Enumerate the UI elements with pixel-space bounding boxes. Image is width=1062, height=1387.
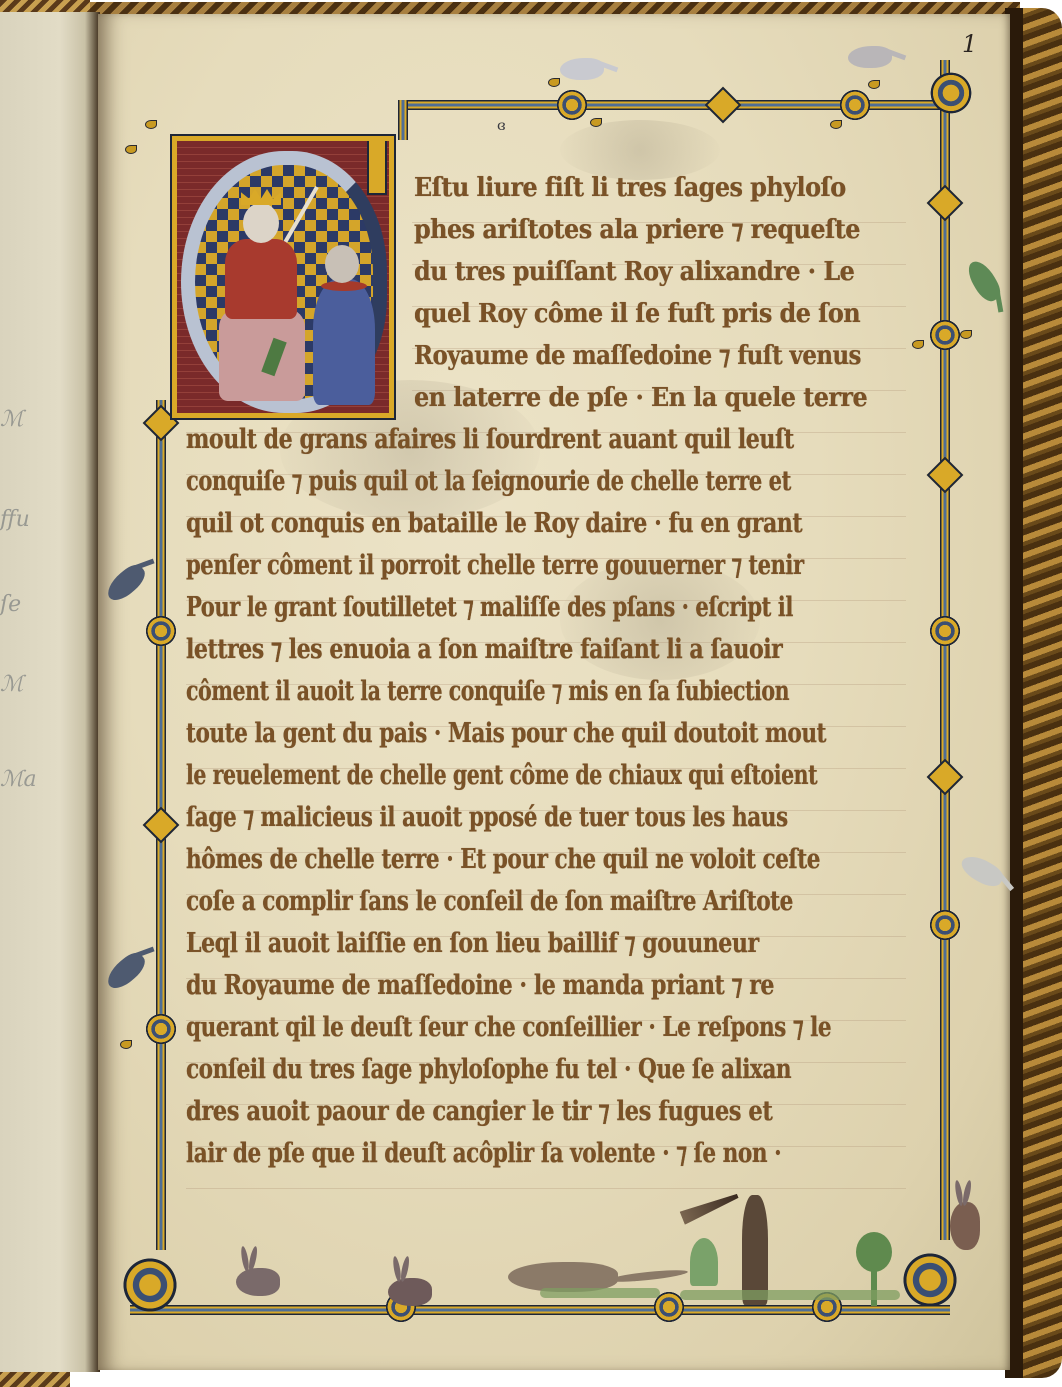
knotwork-ornament	[555, 88, 589, 122]
horn-blower-drollery	[742, 1195, 768, 1305]
text-line: conquiſe ⁊ puis quil ot la ſeignourie de…	[186, 460, 791, 504]
grass-strip	[540, 1288, 660, 1298]
enthroned-king-figure	[219, 189, 301, 399]
show-through-text: ﬀu	[0, 507, 60, 532]
verso-page: ℳ ﬀu ſe ℳ ℳa	[0, 12, 100, 1372]
text-line: Leql il auoit laiſſie en ſon lieu bailli…	[186, 922, 759, 966]
historiated-initial	[172, 136, 394, 418]
text-line: dres auoit paour de cangier le tir ⁊ les…	[186, 1090, 772, 1134]
ivy-leaf	[125, 145, 137, 154]
text-line: lettres ⁊ les enuoia a ſon maiſtre faiſa…	[186, 628, 782, 672]
folio-number: 1	[962, 30, 977, 58]
ivy-leaf	[145, 120, 157, 129]
grass-strip	[680, 1290, 900, 1300]
text-line: phes ariſtotes ala priere ⁊ requeſte	[414, 208, 860, 252]
text-line: querant qil le deuſt ſeur che conſeillie…	[186, 1006, 831, 1050]
text-line: coſe a complir ſans le conſeil de ſon ma…	[186, 880, 793, 924]
text-line: côment il auoit la terre conquiſe ⁊ mis …	[186, 670, 789, 714]
hare-drollery-sitting	[950, 1202, 980, 1250]
knotwork-ornament	[144, 614, 178, 648]
show-through-text: ℳ	[0, 407, 60, 432]
hare-drollery	[236, 1268, 280, 1296]
text-line: lair de pſe que il deuſt acôplir ſa vole…	[186, 1132, 781, 1176]
initial-ascender	[367, 136, 387, 195]
show-through-text: ſe	[0, 592, 60, 617]
text-line: moult de grans afaires li ſourdrent auan…	[186, 418, 794, 462]
tree-trunk	[871, 1268, 877, 1306]
tree-drollery	[856, 1232, 892, 1272]
text-line: conſeil du tres ſage phyloſophe fu tel ·…	[186, 1048, 791, 1092]
border-initial-connector	[398, 100, 408, 140]
text-line: en laterre de pſe · En la quele terre	[414, 376, 867, 420]
ivy-leaf	[120, 1040, 132, 1049]
ivy-leaf	[590, 118, 602, 127]
text-line: du tres puiſſant Roy alixandre · Le	[414, 250, 854, 294]
hare-drollery	[388, 1278, 432, 1306]
knotwork-ornament	[120, 1255, 180, 1315]
text-line: Pour le grant ſoutilletet ⁊ maliſſe des …	[186, 586, 793, 630]
bird-drollery-top-right	[848, 46, 892, 68]
ivy-leaf	[960, 330, 972, 339]
ivy-leaf	[830, 120, 842, 129]
text-line: toute la gent du pais · Mais pour che qu…	[186, 712, 826, 756]
text-line: ſage ⁊ malicieus il auoit pposé de tuer …	[186, 796, 788, 840]
text-line: Eſtu liure fiſt li tres ſages phyloſo	[414, 166, 846, 210]
knotwork-ornament	[928, 70, 974, 116]
show-through-text: ℳ	[0, 672, 60, 697]
text-line: le reuelement de chelle gent côme de chi…	[186, 754, 817, 798]
ivy-leaf	[868, 80, 880, 89]
knotwork-ornament	[144, 1012, 178, 1046]
knotwork-ornament	[838, 88, 872, 122]
sage-figure	[313, 245, 375, 405]
text-line: du Royaume de maſſedoine · le manda pria…	[186, 964, 774, 1008]
bird-drollery-top-left	[560, 58, 604, 80]
marginal-mark: ɞ	[497, 118, 506, 134]
show-through-text: ℳa	[0, 767, 60, 792]
plant-drollery	[690, 1238, 718, 1286]
ivy-leaf	[548, 78, 560, 87]
knotwork-ornament	[928, 318, 962, 352]
text-line: Royaume de maſſedoine ⁊ fuſt venus	[414, 334, 861, 378]
knotwork-ornament	[900, 1250, 960, 1310]
ivy-leaf	[912, 340, 924, 349]
text-line: quel Roy côme il ſe fuſt pris de ſon	[414, 292, 860, 336]
border-right-bar	[940, 60, 950, 1240]
text-line: hômes de chelle terre · Et pour che quil…	[186, 838, 820, 882]
knotwork-ornament	[928, 908, 962, 942]
text-line: penſer côment il porroit chelle terre go…	[186, 544, 804, 588]
book-cover-edge-right	[1005, 8, 1062, 1378]
knotwork-ornament	[928, 614, 962, 648]
text-line: quil ot conquis en bataille le Roy daire…	[186, 502, 802, 546]
